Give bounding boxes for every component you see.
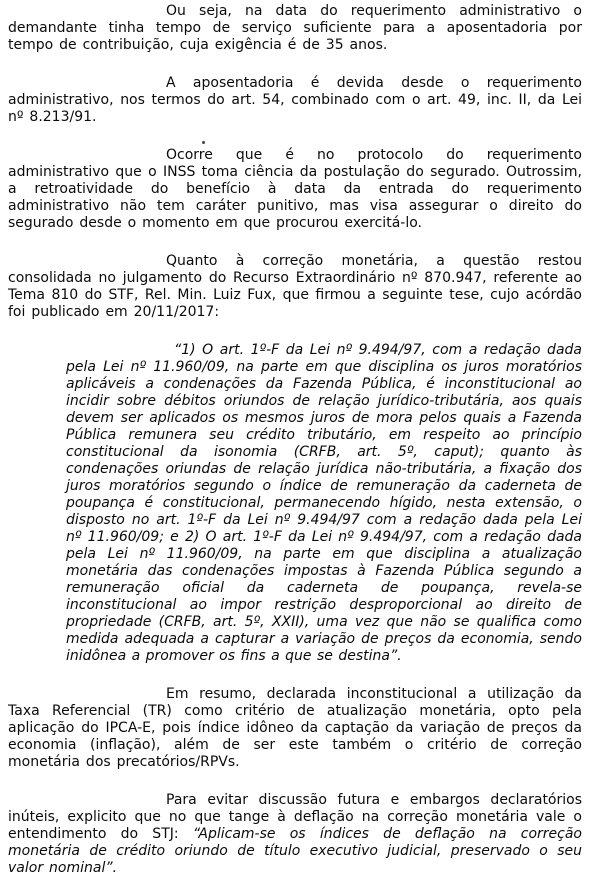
scan-artifact-dot [202, 141, 205, 144]
document-page: Ou seja, na data do requerimento adminis… [0, 0, 594, 872]
paragraph-em-resumo-ipca: Em resumo, declarada inconstitucional a … [8, 686, 582, 771]
paragraph-tempo-de-servico: Ou seja, na data do requerimento adminis… [8, 3, 582, 54]
paragraph-correcao-monetaria: Quanto à correção monetária, a questão r… [8, 253, 582, 321]
paragraph-aposentadoria-devida: A aposentadoria é devida desde o requeri… [8, 75, 582, 126]
paragraph-deflacao-stj: Para evitar discussão futura e embargos … [8, 792, 582, 872]
block-quote-tese-stf: “1) O art. 1º-F da Lei nº 9.494/97, com … [66, 342, 582, 665]
paragraph-protocolo-requerimento: Ocorre que é no protocolo do requeriment… [8, 147, 582, 232]
